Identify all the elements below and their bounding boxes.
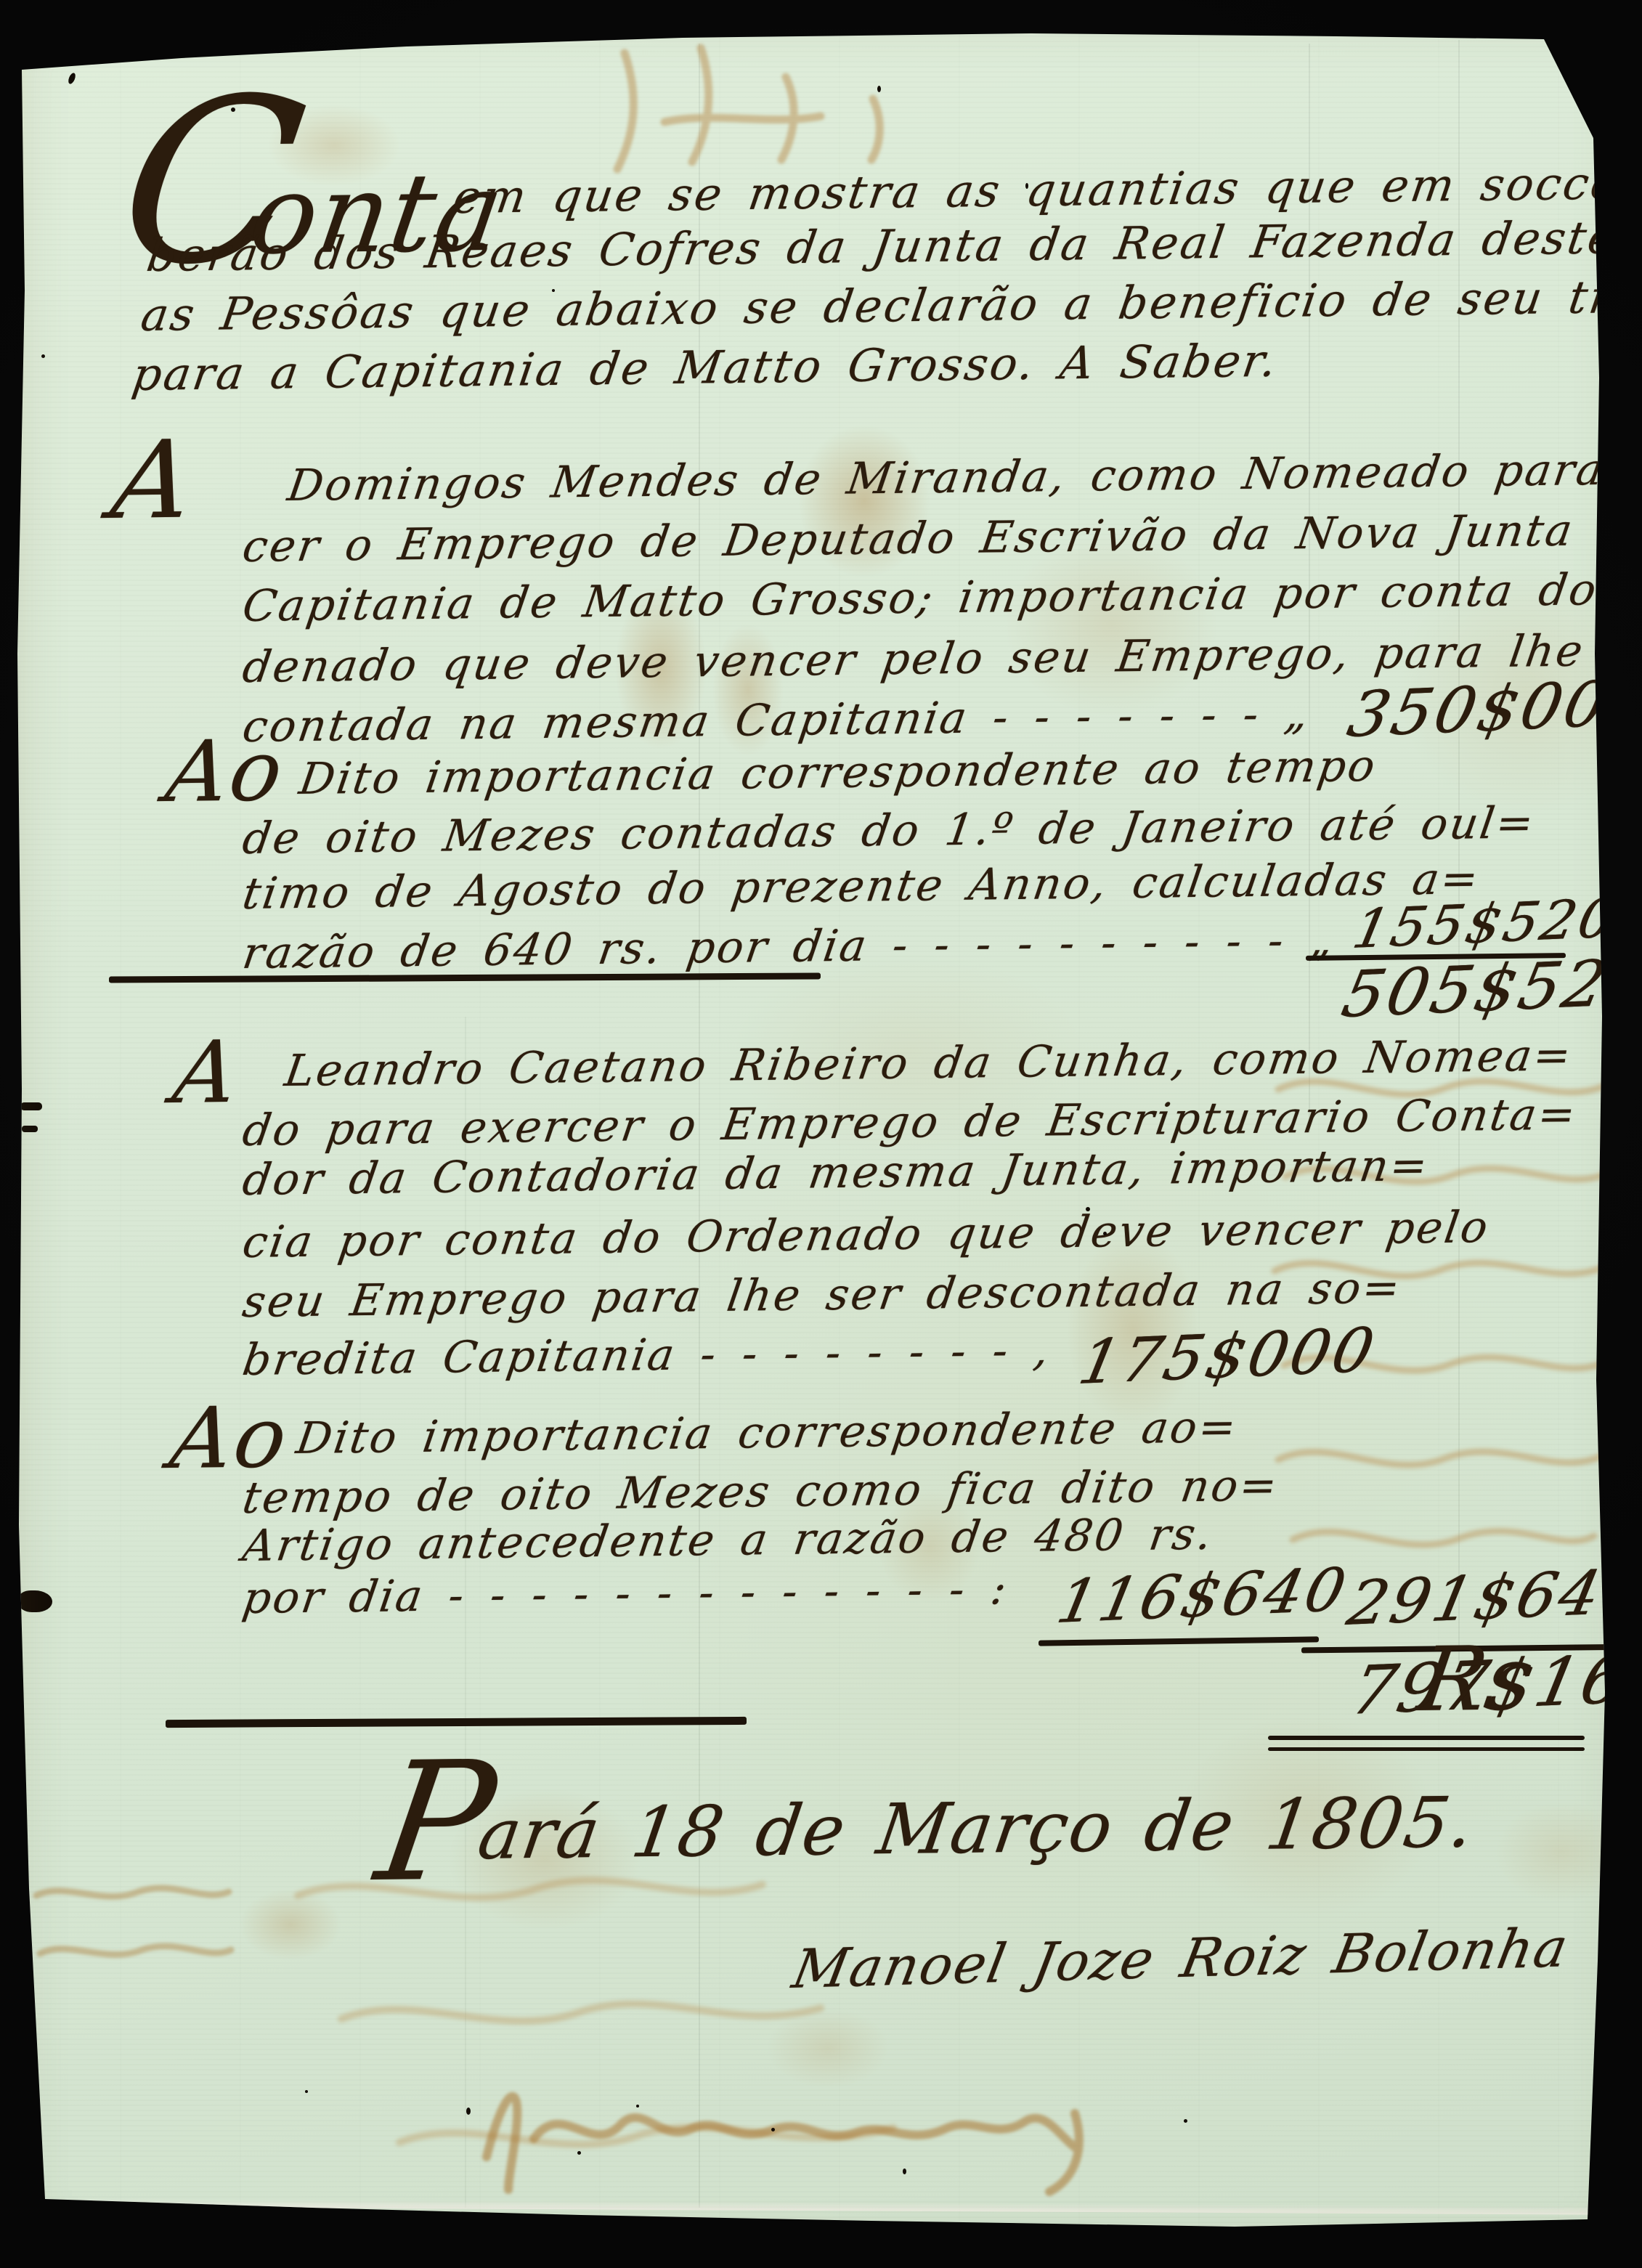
ink-speck: [636, 2105, 639, 2108]
ink-speck: [903, 2169, 906, 2174]
ink-speck: [1025, 183, 1028, 189]
carry-value: 291$640: [1342, 1558, 1642, 1638]
ink-speck: [577, 2151, 581, 2155]
manuscript-page: C onta em que se mostra as quantias que …: [0, 0, 1642, 2268]
entry-margin-letter: A: [106, 426, 202, 535]
ink-speck: [771, 2128, 775, 2131]
entry-line: Dito importancia correspondente ao tempo: [296, 742, 1380, 803]
ink-speck: [877, 86, 881, 92]
ink-speck: [1086, 1207, 1090, 1211]
entry-line: por dia - - - - - - - - - - - - - :: [240, 1565, 1012, 1622]
header-line: para a Capitania de Matto Grosso. A Sabe…: [129, 336, 1282, 399]
total-value: 797$160: [1345, 1641, 1642, 1728]
bleedthrough-signature: [465, 2070, 1118, 2208]
ink-blot: [22, 1126, 38, 1132]
ink-speck: [552, 289, 555, 292]
amount-value: 175$000: [1073, 1317, 1382, 1397]
ink-speck: [231, 107, 235, 112]
ink-speck: [67, 72, 76, 85]
entry-line: Dito importancia correspondente ao=: [293, 1403, 1241, 1463]
entry-line: Artigo antecedente a razão de 480 rs.: [240, 1511, 1216, 1570]
entry-line: cer o Emprego de Deputado Escrivão da No…: [240, 505, 1642, 571]
entry-line: seu Emprego para lhe ser descontada na s…: [240, 1264, 1405, 1326]
ink-blot: [20, 1102, 42, 1110]
ink-speck: [1103, 1232, 1107, 1235]
header-line: as Pessôas que abaixo se declarão a bene…: [138, 270, 1642, 341]
entry-line: de oito Mezes contadas do 1.º de Janeiro…: [240, 799, 1539, 863]
entry-line: timo de Agosto do prezente Anno, calcula…: [240, 855, 1484, 918]
entry-line: razão de 640 rs. por dia - - - - - - - -…: [240, 916, 1338, 977]
entry-rule: [109, 972, 821, 983]
amount-value: 116$640: [1052, 1558, 1354, 1635]
entry-line: contada na mesma Capitania - - - - - - -…: [240, 690, 1314, 751]
entry-line: bredita Capitania - - - - - - - - ,: [240, 1326, 1054, 1384]
entry-line: Domingos Mendes de Miranda, como Nomeado…: [285, 444, 1642, 510]
total-double-rule: [1268, 1736, 1585, 1740]
entry-margin-letter: Ao: [161, 729, 290, 815]
scan-backdrop: C onta em que se mostra as quantias que …: [0, 0, 1642, 2268]
ink-speck: [466, 2108, 471, 2115]
bleedthrough-strokes-left: [22, 1866, 240, 1990]
ink-blot: [19, 1590, 52, 1612]
amount-value: 350$000: [1342, 668, 1642, 749]
sum-rule: [1039, 1636, 1319, 1646]
ink-speck: [1184, 2119, 1187, 2123]
closing-rule-left: [166, 1717, 747, 1728]
entry-line: Capitania de Matto Grosso; importancia p…: [240, 564, 1642, 630]
ink-speck: [41, 354, 45, 358]
entry-margin-letter: A: [168, 1029, 245, 1115]
total-double-rule: [1268, 1747, 1585, 1751]
dateline: ará 18 de Março de 1805.: [474, 1784, 1479, 1873]
entry-margin-letter: Ao: [166, 1396, 294, 1481]
ink-speck: [305, 2090, 308, 2093]
subtotal-value: 505$520: [1336, 947, 1642, 1031]
